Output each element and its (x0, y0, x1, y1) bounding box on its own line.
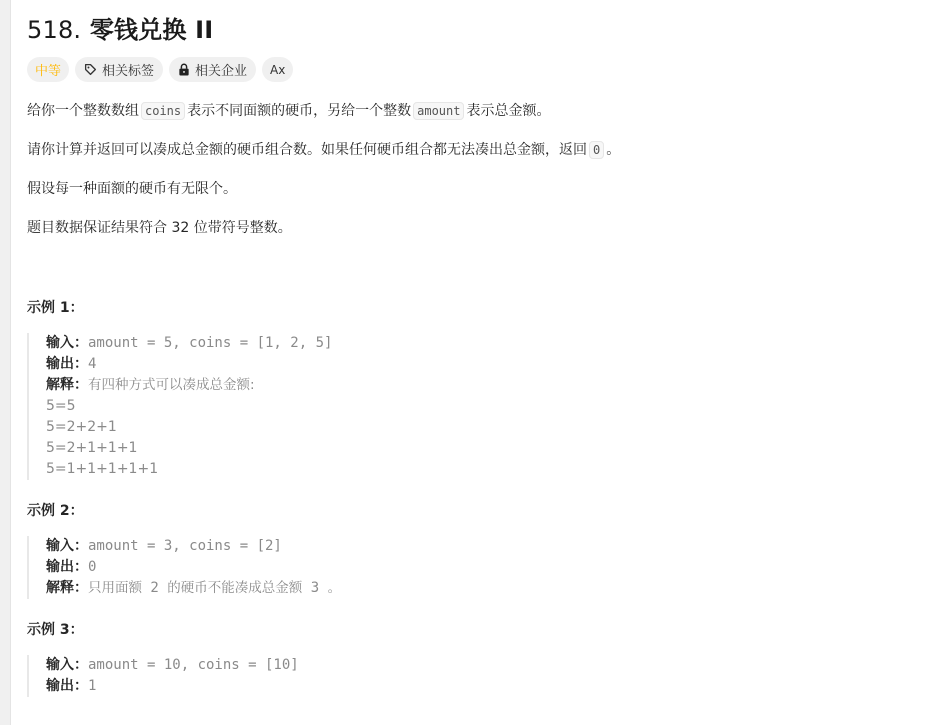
example-1-combo: 5=1+1+1+1+1 (46, 459, 332, 480)
related-companies-label: 相关企业 (195, 60, 247, 79)
example-1-combo: 5=5 (46, 396, 332, 417)
example-1-explanation: 解释：有四种方式可以凑成总金额: (46, 375, 332, 396)
example-3-output: 输出：1 (46, 676, 299, 697)
tag-bar: 中等 相关标签 相关企业 Ax (27, 57, 293, 82)
page-title[interactable]: 518. 零钱兑换 II (27, 10, 213, 45)
translate-button[interactable]: Ax (262, 57, 293, 82)
inline-code-zero: 0 (589, 141, 604, 159)
example-2-output: 输出：0 (46, 557, 341, 578)
description-paragraph-3: 假设每一种面额的硬币有无限个。 (27, 179, 237, 199)
example-1-combo: 5=2+2+1 (46, 417, 332, 438)
related-companies-button[interactable]: 相关企业 (169, 57, 256, 82)
example-2-block: 输入：amount = 3, coins = [2] 输出：0 解释：只用面额 … (27, 536, 341, 599)
description-paragraph-4: 题目数据保证结果符合 32 位带符号整数。 (27, 218, 292, 238)
translate-icon: Ax (270, 63, 285, 77)
example-1-combo: 5=2+1+1+1 (46, 438, 332, 459)
example-1-block: 输入：amount = 5, coins = [1, 2, 5] 输出：4 解释… (27, 333, 332, 480)
inline-code-coins: coins (141, 102, 185, 120)
inline-code-amount: amount (413, 102, 464, 120)
example-1-input: 输入：amount = 5, coins = [1, 2, 5] (46, 333, 332, 354)
tag-icon (84, 63, 97, 76)
left-panel-edge (0, 0, 11, 725)
related-tags-label: 相关标签 (102, 60, 154, 79)
example-3-input: 输入：amount = 10, coins = [10] (46, 655, 299, 676)
example-3-heading: 示例 3： (27, 619, 84, 639)
example-2-heading: 示例 2： (27, 500, 84, 520)
problem-number: 518. (27, 16, 81, 44)
example-1-heading: 示例 1： (27, 297, 84, 317)
problem-title: 零钱兑换 II (90, 16, 214, 44)
lock-icon (178, 63, 190, 76)
example-2-explanation: 解释：只用面额 2 的硬币不能凑成总金额 3 。 (46, 578, 341, 599)
example-3-block: 输入：amount = 10, coins = [10] 输出：1 (27, 655, 299, 697)
related-tags-button[interactable]: 相关标签 (75, 57, 163, 82)
description-paragraph-1: 给你一个整数数组coins表示不同面额的硬币，另给一个整数amount表示总金额… (27, 101, 550, 121)
example-2-input: 输入：amount = 3, coins = [2] (46, 536, 341, 557)
difficulty-badge: 中等 (27, 57, 69, 82)
description-paragraph-2: 请你计算并返回可以凑成总金额的硬币组合数。如果任何硬币组合都无法凑出总金额，返回… (27, 140, 620, 160)
example-1-output: 输出：4 (46, 354, 332, 375)
